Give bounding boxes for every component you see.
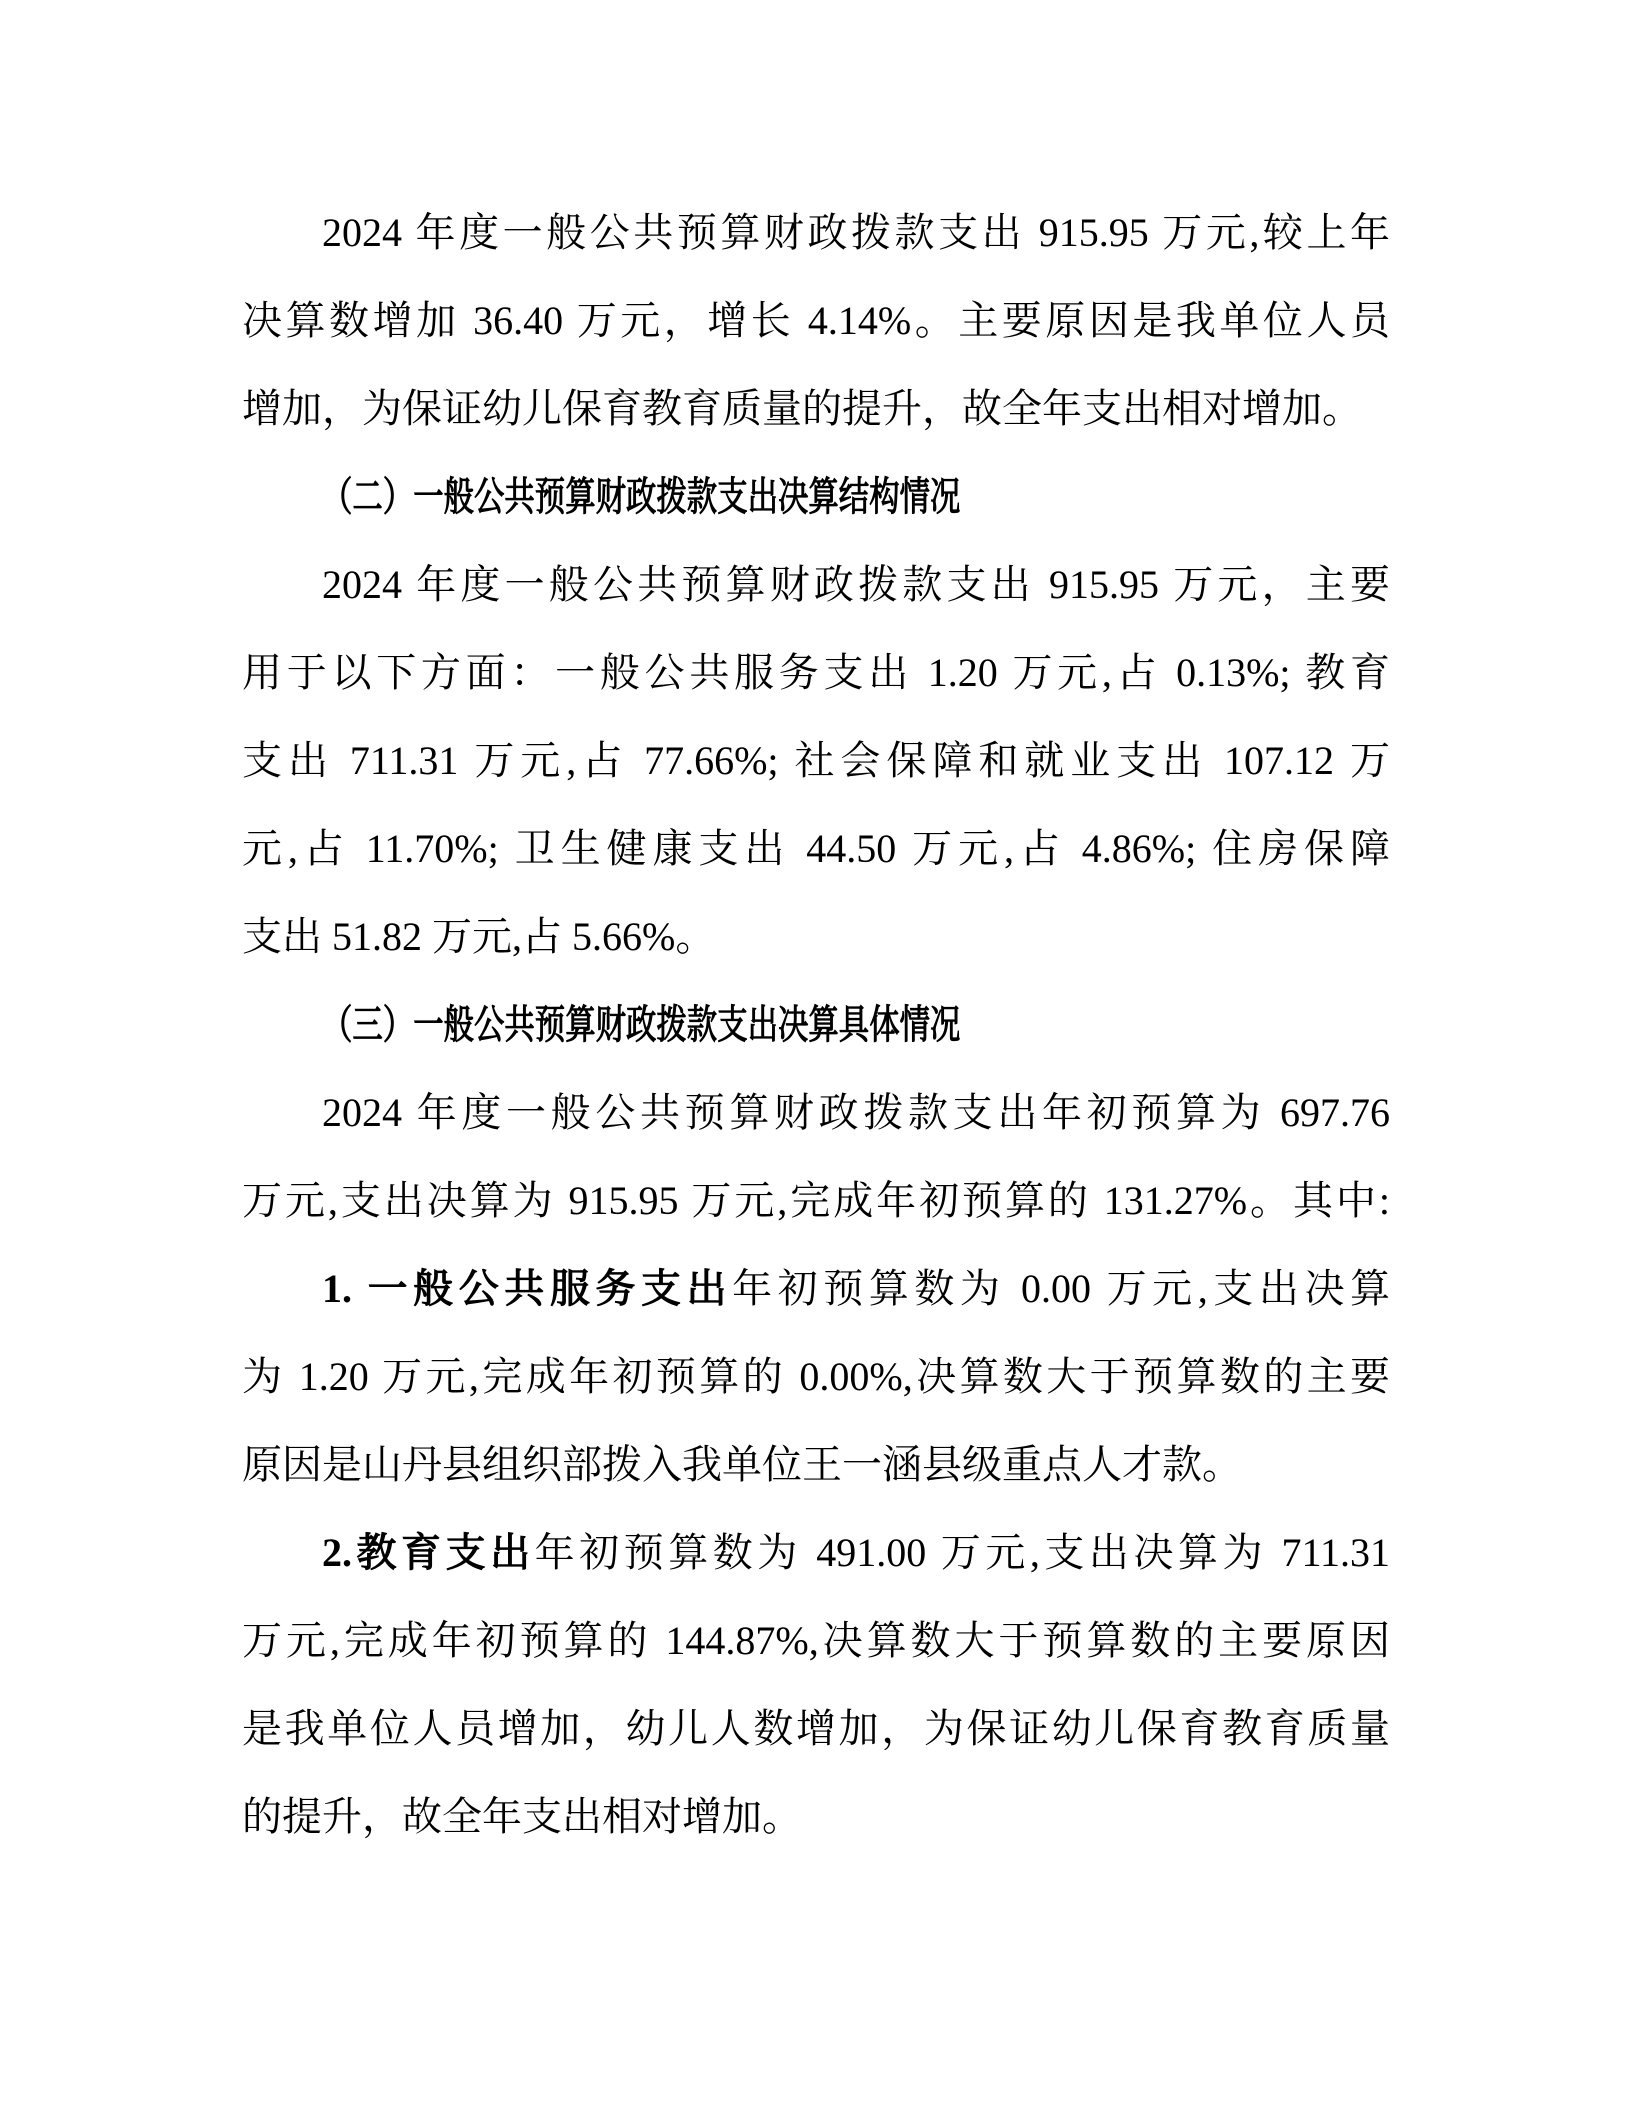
text-run: 元,占 11.70%; 卫生健康支出 44.50 万元,占 4.86%; 住房保…: [242, 826, 1390, 871]
bold-text-run: （三）一般公共预算财政拨款支出决算具体情况: [322, 1002, 960, 1047]
text-run: 2024 年度一般公共预算财政拨款支出 915.95 万元，主要: [322, 562, 1390, 607]
text-line: 的提升，故全年支出相对增加。: [242, 1773, 1390, 1861]
text-run: 决算数增加 36.40 万元，增长 4.14%。主要原因是我单位人员: [242, 298, 1390, 343]
text-run: 是我单位人员增加，幼儿人数增加，为保证幼儿保育教育质量: [242, 1706, 1390, 1751]
text-run: 年初预算数为 0.00 万元,支出决算: [732, 1266, 1390, 1311]
text-run: 年初预算数为 491.00 万元,支出决算为 711.31: [535, 1530, 1390, 1575]
text-line: 是我单位人员增加，幼儿人数增加，为保证幼儿保育教育质量: [242, 1685, 1390, 1773]
text-line: 支出 51.82 万元,占 5.66%。: [242, 893, 1390, 981]
bold-text-run: （二）一般公共预算财政拨款支出决算结构情况: [322, 474, 960, 519]
text-line: 原因是山丹县组织部拨入我单位王一涵县级重点人才款。: [242, 1421, 1390, 1509]
text-line: 用于以下方面：一般公共服务支出 1.20 万元,占 0.13%; 教育: [242, 629, 1390, 717]
text-line: 决算数增加 36.40 万元，增长 4.14%。主要原因是我单位人员: [242, 277, 1390, 365]
text-run: 2024 年度一般公共预算财政拨款支出年初预算为 697.76: [322, 1090, 1390, 1135]
section-heading-line: （二）一般公共预算财政拨款支出决算结构情况: [242, 453, 1390, 541]
section-heading-text: （三）一般公共预算财政拨款支出决算具体情况: [322, 981, 960, 1069]
text-run: 为 1.20 万元,完成年初预算的 0.00%,决算数大于预算数的主要: [242, 1354, 1390, 1399]
text-run: 万元,支出决算为 915.95 万元,完成年初预算的 131.27%。其中:: [242, 1178, 1390, 1223]
text-line: 增加，为保证幼儿保育教育质量的提升，故全年支出相对增加。: [242, 365, 1390, 453]
document-page: 2024 年度一般公共预算财政拨款支出 915.95 万元,较上年决算数增加 3…: [0, 0, 1632, 2112]
text-run: 支出 51.82 万元,占 5.66%。: [242, 914, 715, 959]
text-line: 2024 年度一般公共预算财政拨款支出年初预算为 697.76: [242, 1069, 1390, 1157]
text-line: 2024 年度一般公共预算财政拨款支出 915.95 万元,较上年: [242, 189, 1390, 277]
text-line: 为 1.20 万元,完成年初预算的 0.00%,决算数大于预算数的主要: [242, 1333, 1390, 1421]
text-line: 支出 711.31 万元,占 77.66%; 社会保障和就业支出 107.12 …: [242, 717, 1390, 805]
text-run: 万元,完成年初预算的 144.87%,决算数大于预算数的主要原因: [242, 1618, 1390, 1663]
text-run: 2024 年度一般公共预算财政拨款支出 915.95 万元,较上年: [322, 210, 1390, 255]
text-line: 2024 年度一般公共预算财政拨款支出 915.95 万元，主要: [242, 541, 1390, 629]
bold-text-run: 1. 一般公共服务支出: [322, 1266, 732, 1311]
text-block: 2024 年度一般公共预算财政拨款支出 915.95 万元,较上年决算数增加 3…: [242, 189, 1390, 1861]
text-line: 1. 一般公共服务支出年初预算数为 0.00 万元,支出决算: [242, 1245, 1390, 1333]
section-heading-line: （三）一般公共预算财政拨款支出决算具体情况: [242, 981, 1390, 1069]
text-line: 万元,完成年初预算的 144.87%,决算数大于预算数的主要原因: [242, 1597, 1390, 1685]
text-line: 元,占 11.70%; 卫生健康支出 44.50 万元,占 4.86%; 住房保…: [242, 805, 1390, 893]
text-run: 支出 711.31 万元,占 77.66%; 社会保障和就业支出 107.12 …: [242, 738, 1390, 783]
text-run: 增加，为保证幼儿保育教育质量的提升，故全年支出相对增加。: [242, 386, 1362, 431]
text-line: 万元,支出决算为 915.95 万元,完成年初预算的 131.27%。其中:: [242, 1157, 1390, 1245]
bold-text-run: 2.教育支出: [322, 1530, 535, 1575]
text-line: 2.教育支出年初预算数为 491.00 万元,支出决算为 711.31: [242, 1509, 1390, 1597]
section-heading-text: （二）一般公共预算财政拨款支出决算结构情况: [322, 453, 960, 541]
text-run: 的提升，故全年支出相对增加。: [242, 1794, 802, 1839]
text-run: 原因是山丹县组织部拨入我单位王一涵县级重点人才款。: [242, 1442, 1242, 1487]
text-run: 用于以下方面：一般公共服务支出 1.20 万元,占 0.13%; 教育: [242, 650, 1390, 695]
